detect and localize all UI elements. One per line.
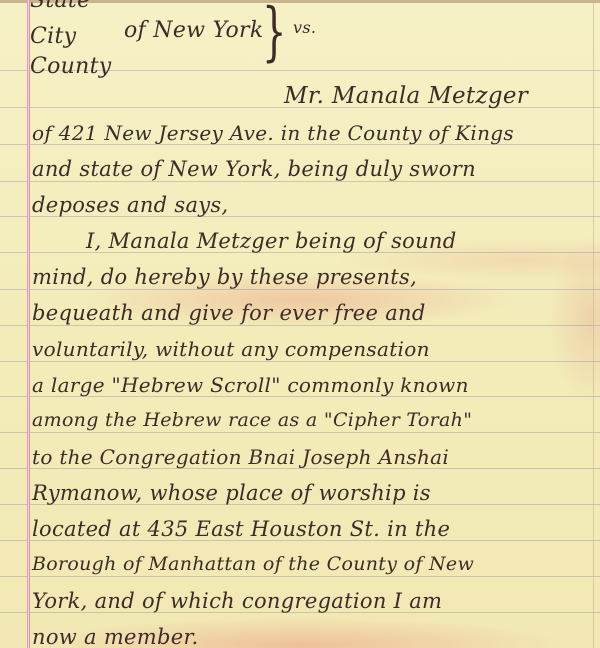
body-line: of 421 New Jersey Ave. in the County of … [32, 121, 514, 145]
body-line: deposes and says, [32, 193, 229, 217]
ruled-line [0, 325, 600, 326]
body-line: voluntarily, without any compensation [32, 337, 430, 361]
body-line: mind, do hereby by these presents, [32, 265, 417, 289]
body-line: I, Manala Metzger being of sound [86, 229, 456, 253]
body-line: a large "Hebrew Scroll" commonly known [32, 373, 469, 397]
heading-brace: } [262, 0, 286, 64]
deponent-name-line: Mr. Manala Metzger [284, 83, 528, 109]
heading-vs: vs. [293, 18, 316, 37]
body-line: York, and of which congregation I am [32, 589, 442, 613]
body-line: to the Congregation Bnai Joseph Anshai [32, 445, 449, 469]
heading-of-new-york: of New York [124, 18, 263, 43]
ruled-line [0, 289, 600, 290]
body-line: Borough of Manhattan of the County of Ne… [32, 553, 474, 575]
body-line: and state of New York, being duly sworn [32, 157, 476, 181]
handwritten-document-page: State City of New York } vs. County Mr. … [0, 0, 600, 648]
ruled-line [0, 181, 600, 182]
body-line: located at 435 East Houston St. in the [32, 517, 450, 541]
body-line: among the Hebrew race as a "Cipher Torah… [32, 409, 472, 431]
body-line: now a member. [32, 625, 198, 648]
page-right-edge [593, 0, 594, 648]
body-line: bequeath and give for ever free and [32, 301, 426, 325]
ruled-line [0, 361, 600, 362]
heading-state-label: State [30, 0, 90, 13]
heading-county-label: County [30, 54, 112, 79]
heading-city-label: City [30, 24, 76, 49]
ruled-line [0, 576, 600, 577]
body-line: Rymanow, whose place of worship is [32, 481, 431, 505]
margin-line [27, 0, 30, 648]
ruled-line [0, 432, 600, 433]
